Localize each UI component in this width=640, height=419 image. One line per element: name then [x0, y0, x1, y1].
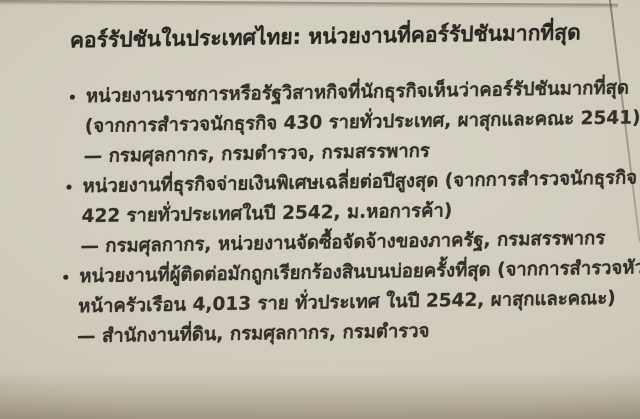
- bullet-item: •หน่วยงานที่ธุรกิจจ่ายเงินพิเศษเฉลี่ยต่อ…: [80, 164, 601, 262]
- bullet-icon: •: [67, 84, 77, 114]
- bullet-icon: •: [61, 264, 71, 294]
- bullet-item: •หน่วยงานราชการหรือรัฐวิสาหกิจที่นักธุรก…: [83, 74, 604, 172]
- bullet-icon: •: [64, 174, 74, 204]
- bullet-line-text: หน่วยงานที่ธุรกิจจ่ายเงินพิเศษเฉลี่ยต่อป…: [82, 168, 637, 198]
- bullet-item: •หน่วยงานที่ผู้ติดต่อมักถูกเรียกร้องสินบ…: [77, 254, 598, 352]
- bullet-line-text: หน่วยงานราชการหรือรัฐวิสาหกิจที่นักธุรกิ…: [86, 78, 630, 108]
- bullet-line-text: หน่วยงานที่ผู้ติดต่อมักถูกเรียกร้องสินบน…: [79, 258, 640, 288]
- bullet-list: •หน่วยงานราชการหรือรัฐวิสาหกิจที่นักธุรก…: [0, 74, 638, 354]
- desk-surface-shadow: [0, 371, 640, 419]
- slide-photo: คอร์รัปชันในประเทศไทย: หน่วยงานที่คอร์รั…: [0, 0, 640, 419]
- slide-content: คอร์รัปชันในประเทศไทย: หน่วยงานที่คอร์รั…: [0, 0, 640, 354]
- slide-title: คอร์รัปชันในประเทศไทย: หน่วยงานที่คอร์รั…: [69, 18, 604, 55]
